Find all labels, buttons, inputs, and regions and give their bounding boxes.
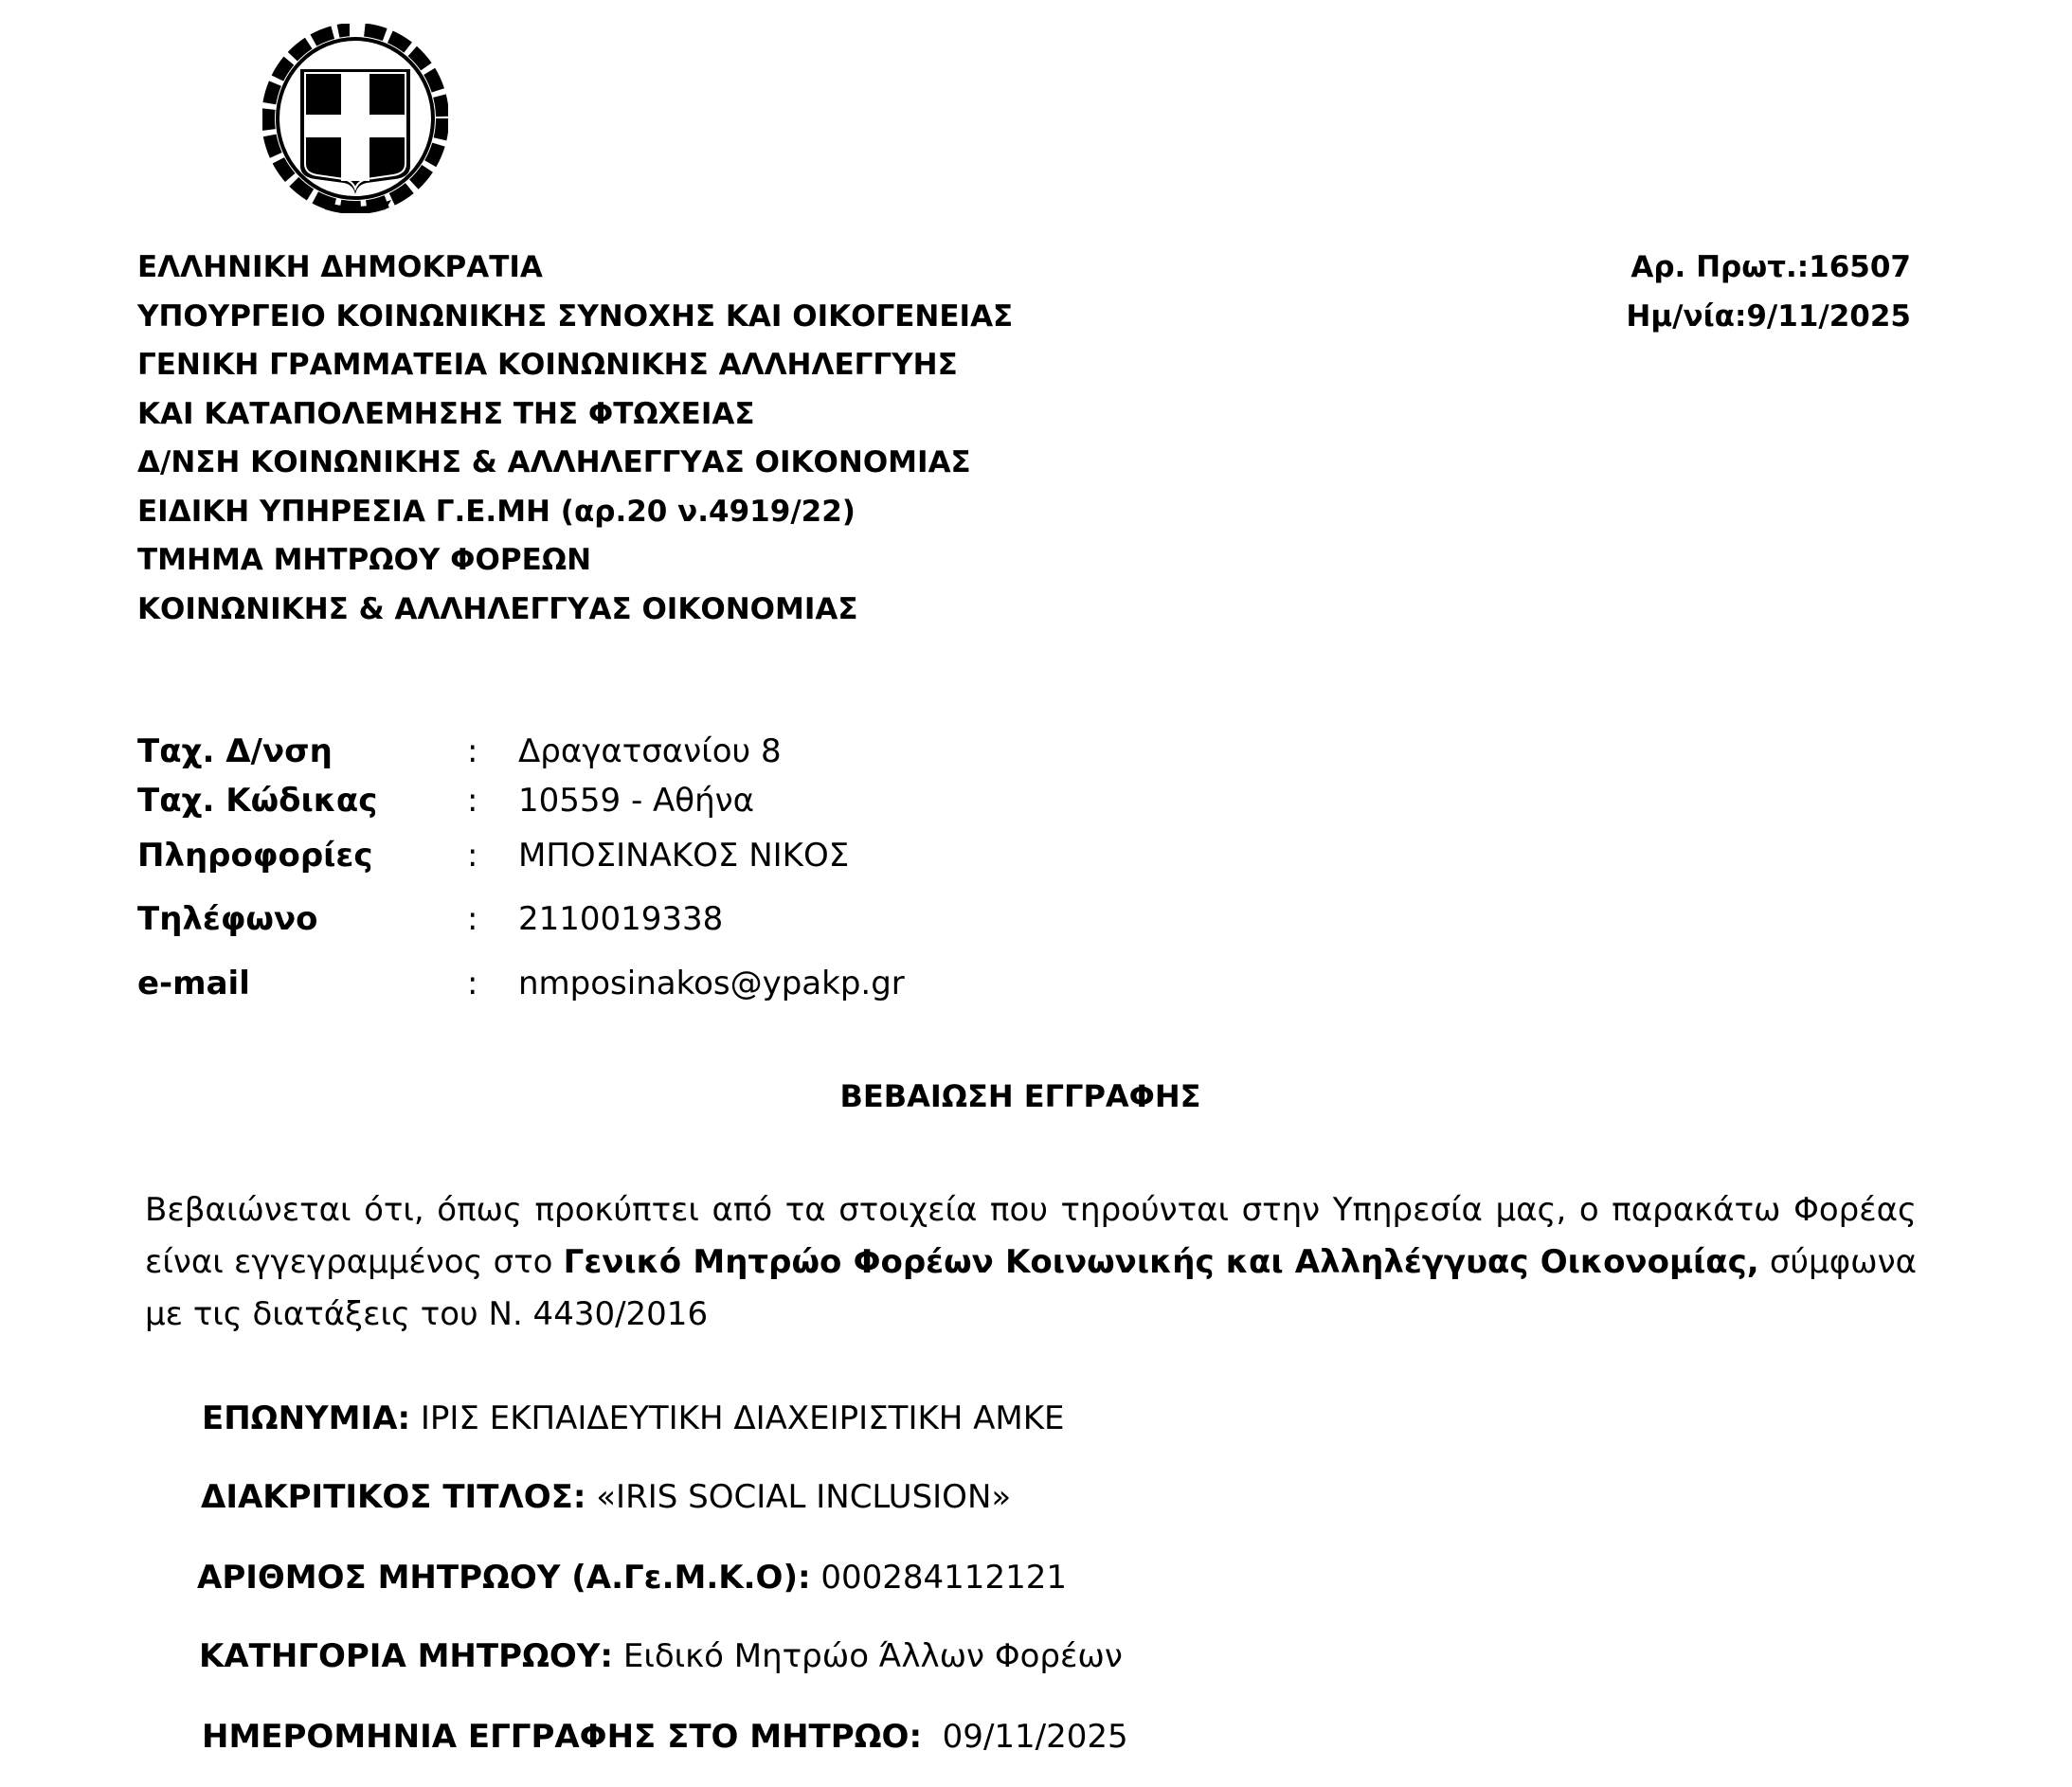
contact-sep: : bbox=[467, 967, 477, 1000]
protocol-number: Αρ. Πρωτ.:16507 bbox=[1631, 253, 1911, 282]
paragraph-registry-name: Γενικό Μητρώο Φορέων Κοινωνικής και Αλλη… bbox=[564, 1243, 1759, 1281]
contact-value-info: ΜΠΟΣΙΝΑΚΟΣ ΝΙΚΟΣ bbox=[518, 839, 849, 872]
document-date: Ημ/νία:9/11/2025 bbox=[1626, 302, 1911, 332]
contact-sep: : bbox=[467, 735, 477, 767]
field-label: ΔΙΑΚΡΙΤΙΚΟΣ ΤΙΤΛΟΣ: bbox=[201, 1478, 586, 1516]
field-value: ΙΡΙΣ ΕΚΠΑΙΔΕΥΤΙΚΗ ΔΙΑΧΕΙΡΙΣΤΙΚΗ ΑΜΚΕ bbox=[410, 1399, 1064, 1437]
field-label: ΚΑΤΗΓΟΡΙΑ ΜΗΤΡΩΟΥ: bbox=[199, 1637, 613, 1675]
contact-value-phone: 2110019338 bbox=[518, 903, 723, 935]
certificate-title: ΒΕΒΑΙΩΣΗ ΕΓΓΡΑΦΗΣ bbox=[0, 1081, 2041, 1111]
greek-coat-of-arms-icon bbox=[262, 24, 448, 213]
field-label: ΕΠΩΝΥΜΙΑ: bbox=[202, 1399, 410, 1437]
contact-label-address: Ταχ. Δ/νση bbox=[137, 735, 333, 767]
header-line-secretariat-cont: ΚΑΙ ΚΑΤΑΠΟΛΕΜΗΣΗΣ ΤΗΣ ΦΤΩΧΕΙΑΣ bbox=[137, 400, 755, 429]
contact-label-email: e-mail bbox=[137, 967, 250, 1000]
contact-label-postal-code: Ταχ. Κώδικας bbox=[137, 785, 377, 817]
contact-label-info: Πληροφορίες bbox=[137, 839, 373, 872]
field-label: ΑΡΙΘΜΟΣ ΜΗΤΡΩΟΥ (Α.Γε.Μ.Κ.Ο): bbox=[197, 1559, 811, 1597]
header-line-directorate: Δ/ΝΣΗ ΚΟΙΝΩΝΙΚΗΣ & ΑΛΛΗΛΕΓΓΥΑΣ ΟΙΚΟΝΟΜΙΑ… bbox=[137, 448, 971, 478]
field-value: Ειδικό Μητρώο Άλλων Φορέων bbox=[613, 1637, 1123, 1675]
field-registry-number: ΑΡΙΘΜΟΣ ΜΗΤΡΩΟΥ (Α.Γε.Μ.Κ.Ο): 0002841121… bbox=[197, 1561, 1067, 1594]
field-value: 000284112121 bbox=[811, 1559, 1067, 1597]
certificate-paragraph: Βεβαιώνεται ότι, όπως προκύπτει από τα σ… bbox=[145, 1184, 1917, 1341]
header-line-department-cont: ΚΟΙΝΩΝΙΚΗΣ & ΑΛΛΗΛΕΓΓΥΑΣ ΟΙΚΟΝΟΜΙΑΣ bbox=[137, 595, 858, 624]
field-label: ΗΜΕΡΟΜΗΝΙΑ ΕΓΓΡΑΦΗΣ ΣΤΟ ΜΗΤΡΩΟ: bbox=[202, 1718, 922, 1756]
field-registration-date: ΗΜΕΡΟΜΗΝΙΑ ΕΓΓΡΑΦΗΣ ΣΤΟ ΜΗΤΡΩΟ: 09/11/20… bbox=[202, 1721, 1128, 1753]
contact-value-email[interactable]: nmposinakos@ypakp.gr bbox=[518, 967, 905, 1000]
header-line-service: ΕΙΔΙΚΗ ΥΠΗΡΕΣΙΑ Γ.Ε.ΜΗ (αρ.20 ν.4919/22) bbox=[137, 497, 856, 527]
field-registry-category: ΚΑΤΗΓΟΡΙΑ ΜΗΤΡΩΟΥ: Ειδικό Μητρώο Άλλων Φ… bbox=[199, 1640, 1123, 1672]
contact-sep: : bbox=[467, 839, 477, 872]
header-line-republic: ΕΛΛΗΝΙΚΗ ΔΗΜΟΚΡΑΤΙΑ bbox=[137, 253, 543, 282]
field-value: «IRIS SOCIAL INCLUSION» bbox=[586, 1478, 1011, 1516]
contact-label-phone: Τηλέφωνο bbox=[137, 903, 318, 935]
contact-sep: : bbox=[467, 785, 477, 817]
field-distinctive-title: ΔΙΑΚΡΙΤΙΚΟΣ ΤΙΤΛΟΣ: «IRIS SOCIAL INCLUSI… bbox=[201, 1481, 1011, 1513]
contact-value-postal-code: 10559 - Αθήνα bbox=[518, 785, 754, 817]
field-legal-name: ΕΠΩΝΥΜΙΑ: ΙΡΙΣ ΕΚΠΑΙΔΕΥΤΙΚΗ ΔΙΑΧΕΙΡΙΣΤΙΚ… bbox=[202, 1402, 1065, 1435]
contact-value-address: Δραγατσανίου 8 bbox=[518, 735, 782, 767]
header-line-ministry: ΥΠΟΥΡΓΕΙΟ ΚΟΙΝΩΝΙΚΗΣ ΣΥΝΟΧΗΣ ΚΑΙ ΟΙΚΟΓΕΝ… bbox=[137, 302, 1013, 332]
field-value: 09/11/2025 bbox=[922, 1718, 1128, 1756]
contact-sep: : bbox=[467, 903, 477, 935]
header-line-secretariat: ΓΕΝΙΚΗ ΓΡΑΜΜΑΤΕΙΑ ΚΟΙΝΩΝΙΚΗΣ ΑΛΛΗΛΕΓΓΥΗΣ bbox=[137, 351, 958, 380]
header-line-department: ΤΜΗΜΑ ΜΗΤΡΩΟΥ ΦΟΡΕΩΝ bbox=[137, 546, 591, 575]
